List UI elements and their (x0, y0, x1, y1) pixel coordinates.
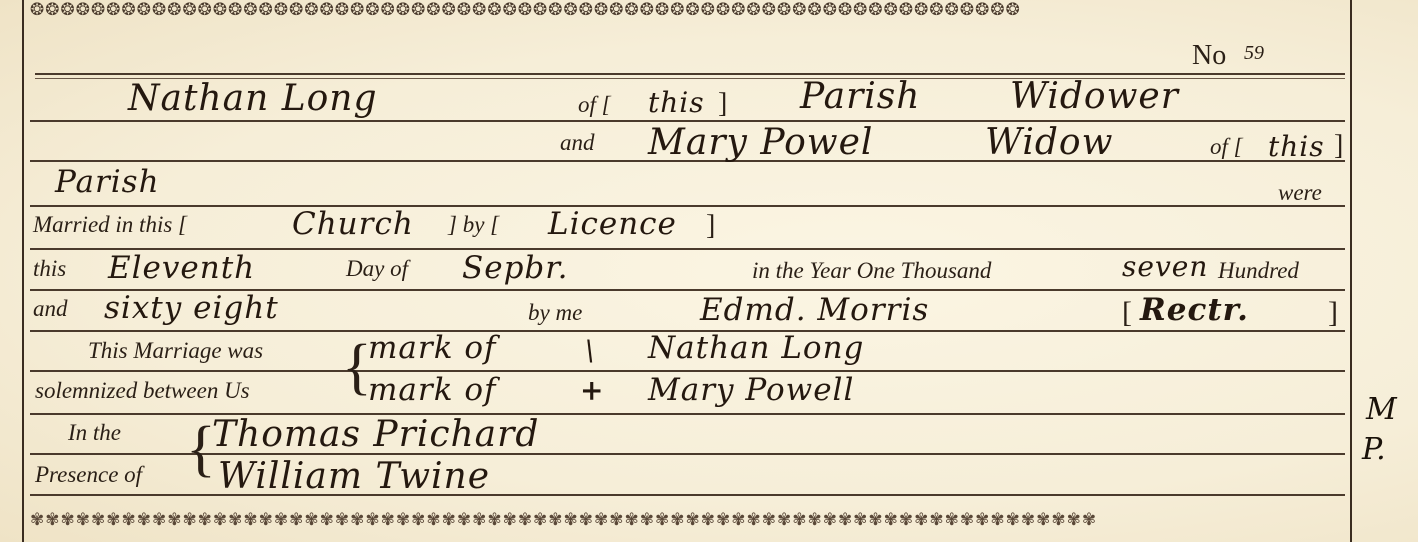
register-page: ❂❂❂❂❂❂❂❂❂❂❂❂❂❂❂❂❂❂❂❂❂❂❂❂❂❂❂❂❂❂❂❂❂❂❂❂❂❂❂❂… (0, 0, 1418, 542)
page-border-left (22, 0, 24, 542)
method-bracket-close: ] (706, 210, 715, 242)
party2-mark-symbol: + (580, 374, 604, 407)
bride-of-value: this (1268, 130, 1325, 163)
were-label: were (1278, 180, 1322, 206)
party2-mark: mark of (368, 372, 496, 408)
year-rest: sixty eight (104, 290, 279, 326)
ornamental-border-top: ❂❂❂❂❂❂❂❂❂❂❂❂❂❂❂❂❂❂❂❂❂❂❂❂❂❂❂❂❂❂❂❂❂❂❂❂❂❂❂❂… (30, 0, 1346, 22)
party1-mark-symbol: \ (585, 334, 595, 367)
bride-parish: Parish (55, 164, 160, 200)
entry-number: 59 (1244, 42, 1264, 65)
solemnized-line1-label: This Marriage was (88, 338, 263, 364)
officiant-title: Rectr. (1140, 292, 1249, 328)
marriage-month: Sepbr. (462, 250, 569, 286)
page-border-right (1350, 0, 1352, 542)
bride-of-label: of [ (1210, 134, 1243, 160)
witness-line2-label: Presence of (35, 462, 142, 488)
groom-name: Nathan Long (128, 78, 378, 119)
margin-note-line1: M (1366, 392, 1397, 427)
by-label: ] by [ (448, 212, 499, 238)
bride-and-label: and (560, 130, 595, 156)
witness-1-signature: Thomas Prichard (212, 414, 539, 455)
title-bracket-open: [ (1122, 296, 1132, 330)
this-label: this (33, 256, 66, 282)
officiant-name: Edmd. Morris (700, 292, 929, 328)
witness-2-signature: William Twine (218, 456, 490, 497)
groom-of-label: of [ (578, 92, 611, 118)
groom-parish: Parish (800, 76, 920, 117)
marriage-method: Licence (548, 206, 677, 242)
year-hundreds: seven (1122, 250, 1208, 283)
day-of-label: Day of (346, 256, 408, 282)
by-me-label: by me (528, 300, 582, 326)
party1-mark: mark of (368, 330, 496, 366)
groom-of-value: this (648, 86, 705, 119)
groom-condition: Widower (1010, 76, 1179, 117)
solemnized-line2-label: solemnized between Us (35, 378, 250, 404)
and-label: and (33, 296, 68, 322)
bride-name: Mary Powel (648, 122, 873, 163)
party2-signature: Mary Powell (648, 372, 854, 408)
bride-condition: Widow (985, 122, 1113, 163)
party1-signature: Nathan Long (648, 330, 864, 366)
margin-note-line2: P. (1362, 432, 1386, 467)
rule (30, 205, 1345, 207)
groom-bracket-close: ] (718, 88, 727, 120)
year-label: in the Year One Thousand (752, 258, 991, 284)
hundred-label: Hundred (1218, 258, 1299, 284)
title-bracket-close: ] (1328, 296, 1338, 330)
bride-bracket-close: ] (1334, 130, 1343, 162)
rule-double-top (35, 73, 1345, 75)
ornamental-border-bottom: ✾✾✾✾✾✾✾✾✾✾✾✾✾✾✾✾✾✾✾✾✾✾✾✾✾✾✾✾✾✾✾✾✾✾✾✾✾✾✾✾… (30, 510, 1346, 532)
witness-line1-label: In the (68, 420, 121, 446)
marriage-day: Eleventh (108, 250, 255, 286)
entry-number-label: No (1192, 40, 1226, 72)
marriage-place: Church (292, 206, 414, 242)
married-in-label: Married in this [ (33, 212, 187, 238)
